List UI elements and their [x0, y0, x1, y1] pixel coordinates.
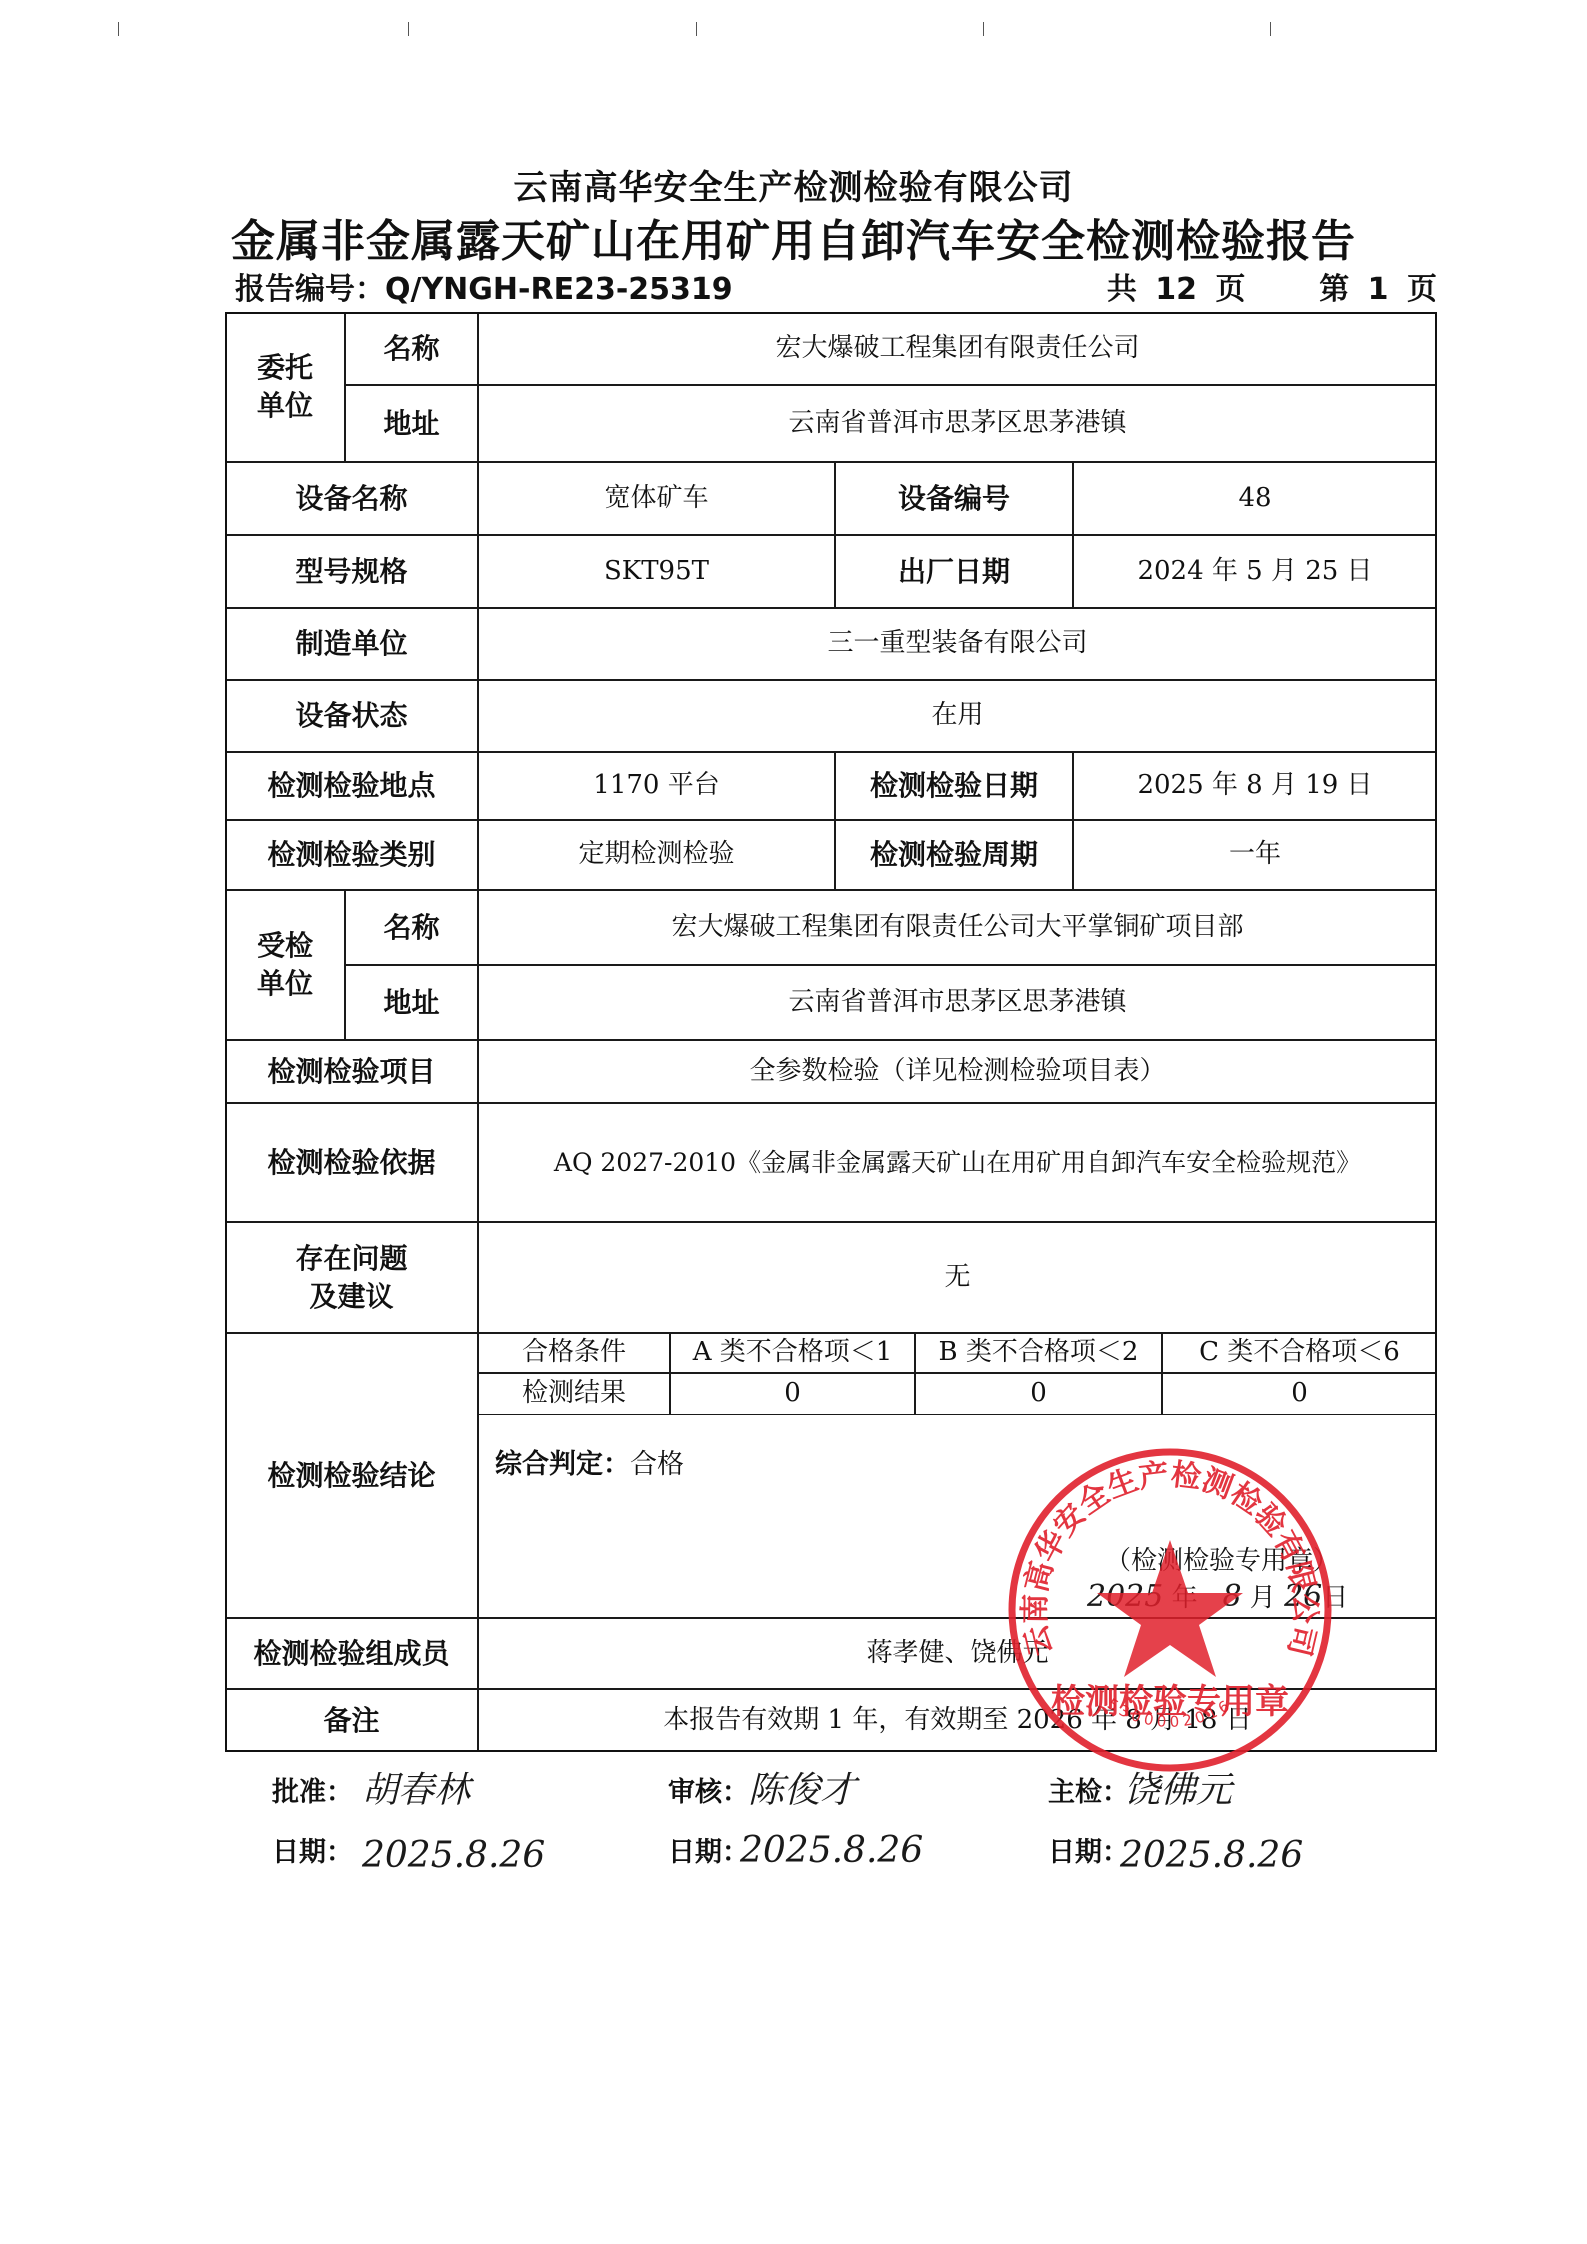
- issues-label: 存在问题 及建议: [225, 1222, 478, 1333]
- team-value: 蒋孝健、饶佛元: [478, 1618, 1437, 1689]
- client-name-value: 宏大爆破工程集团有限责任公司: [478, 312, 1437, 385]
- inspection-category-label: 检测检验类别: [225, 820, 478, 890]
- review-label: 审核：: [668, 1770, 749, 1809]
- report-table: 委托单位 名称 宏大爆破工程集团有限责任公司 地址 云南省普洱市思茅区思茅港镇 …: [225, 312, 1437, 1752]
- issues-value: 无: [478, 1222, 1437, 1333]
- inspection-category-value: 定期检测检验: [478, 820, 835, 890]
- client-group-label: 委托单位: [225, 312, 345, 462]
- equipment-number-label: 设备编号: [835, 462, 1073, 535]
- approve-label: 批准：: [272, 1770, 353, 1809]
- status-label: 设备状态: [225, 680, 478, 752]
- criteria-label: 合格条件: [478, 1333, 670, 1373]
- chief-date: 2025.8.26: [1120, 1835, 1303, 1876]
- basis-value: AQ 2027-2010《金属非金属露天矿山在用矿用自卸汽车安全检验规范》: [478, 1103, 1437, 1222]
- client-group-text: 委托单位: [254, 349, 316, 425]
- report-number-label: 报告编号：: [235, 272, 385, 307]
- inspection-date-label: 检测检验日期: [835, 752, 1073, 820]
- result-c: 0: [1162, 1373, 1437, 1415]
- criteria-c: C 类不合格项＜6: [1162, 1333, 1437, 1373]
- stamp-date-month: 8: [1222, 1579, 1241, 1614]
- scan-mark: [408, 22, 409, 36]
- manufacturer-label: 制造单位: [225, 608, 478, 680]
- page-current: 第 1 页: [1319, 272, 1437, 307]
- scan-mark: [983, 22, 984, 36]
- issues-label-line1: 存在问题: [295, 1240, 407, 1278]
- chief-label: 主检：: [1048, 1770, 1129, 1809]
- mfg-date-label: 出厂日期: [835, 535, 1073, 608]
- inspection-cycle-value: 一年: [1073, 820, 1437, 890]
- mfg-date-value: 2024 年 5 月 25 日: [1073, 535, 1437, 608]
- criteria-b: B 类不合格项＜2: [915, 1333, 1162, 1373]
- scan-mark: [696, 22, 697, 36]
- stamp-date-d-suffix: 日: [1322, 1583, 1348, 1613]
- equipment-number-value: 48: [1073, 462, 1437, 535]
- equipment-name-value: 宽体矿车: [478, 462, 835, 535]
- approve-date-label: 日期：: [272, 1830, 353, 1869]
- stamp-date-day: 26: [1284, 1579, 1322, 1614]
- inspection-date-value: 2025 年 8 月 19 日: [1073, 752, 1437, 820]
- inspected-name-value: 宏大爆破工程集团有限责任公司大平掌铜矿项目部: [478, 890, 1437, 965]
- inspected-address-label: 地址: [345, 965, 478, 1040]
- page-indicator: 共 12 页 第 1 页: [1107, 264, 1437, 308]
- inspection-location-value: 1170 平台: [478, 752, 835, 820]
- inspected-address-value: 云南省普洱市思茅区思茅港镇: [478, 965, 1437, 1040]
- model-value: SKT95T: [478, 535, 835, 608]
- approve-date: 2025.8.26: [362, 1835, 545, 1876]
- items-value: 全参数检验（详见检测检验项目表）: [478, 1040, 1437, 1103]
- remarks-label: 备注: [225, 1689, 478, 1752]
- review-signature: 陈俊才: [748, 1762, 856, 1813]
- inspected-name-label: 名称: [345, 890, 478, 965]
- criteria-a: A 类不合格项＜1: [670, 1333, 915, 1373]
- result-label: 检测结果: [478, 1373, 670, 1415]
- result-a: 0: [670, 1373, 915, 1415]
- manufacturer-value: 三一重型装备有限公司: [478, 608, 1437, 680]
- inspection-location-label: 检测检验地点: [225, 752, 478, 820]
- basis-label: 检测检验依据: [225, 1103, 478, 1222]
- inspected-group-text: 受检单位: [254, 927, 316, 1003]
- review-date-label: 日期：: [668, 1830, 749, 1869]
- model-label: 型号规格: [225, 535, 478, 608]
- verdict-label: 综合判定：: [495, 1449, 630, 1480]
- stamp-date-year: 2025: [1087, 1579, 1163, 1614]
- client-name-label: 名称: [345, 312, 478, 385]
- remarks-value: 本报告有效期 1 年，有效期至 2026 年 8 月 18 日: [478, 1689, 1437, 1752]
- inspected-group-label: 受检单位: [225, 890, 345, 1040]
- equipment-name-label: 设备名称: [225, 462, 478, 535]
- report-number-value: Q/YNGH-RE23-25319: [385, 272, 733, 307]
- conclusion-label: 检测检验结论: [225, 1333, 478, 1618]
- verdict-value: 合格: [630, 1449, 684, 1480]
- chief-date-label: 日期：: [1048, 1830, 1129, 1869]
- client-address-value: 云南省普洱市思茅区思茅港镇: [478, 385, 1437, 462]
- pages-total: 共 12 页: [1107, 272, 1246, 307]
- scan-mark: [118, 22, 119, 36]
- stamp-date-y-suffix: 年: [1172, 1583, 1198, 1613]
- result-b: 0: [915, 1373, 1162, 1415]
- stamp-date: 2025 年 8 月 26日: [1087, 1577, 1348, 1614]
- status-value: 在用: [478, 680, 1437, 752]
- report-number: 报告编号：Q/YNGH-RE23-25319: [235, 264, 733, 308]
- issues-label-line2: 及建议: [309, 1278, 393, 1316]
- approve-signature: 胡春林: [362, 1762, 470, 1813]
- company-name: 云南高华安全生产检测检验有限公司: [0, 160, 1587, 209]
- scan-mark: [1270, 22, 1271, 36]
- client-address-label: 地址: [345, 385, 478, 462]
- overall-verdict: 综合判定：合格: [495, 1442, 684, 1481]
- stamp-note: （检测检验专用章）: [1105, 1540, 1339, 1577]
- team-label: 检测检验组成员: [225, 1618, 478, 1689]
- inspection-cycle-label: 检测检验周期: [835, 820, 1073, 890]
- report-title: 金属非金属露天矿山在用矿用自卸汽车安全检测检验报告: [0, 205, 1587, 269]
- stamp-date-m-suffix: 月: [1250, 1583, 1276, 1613]
- items-label: 检测检验项目: [225, 1040, 478, 1103]
- review-date: 2025.8.26: [740, 1830, 923, 1871]
- chief-signature: 饶佛元: [1124, 1762, 1232, 1813]
